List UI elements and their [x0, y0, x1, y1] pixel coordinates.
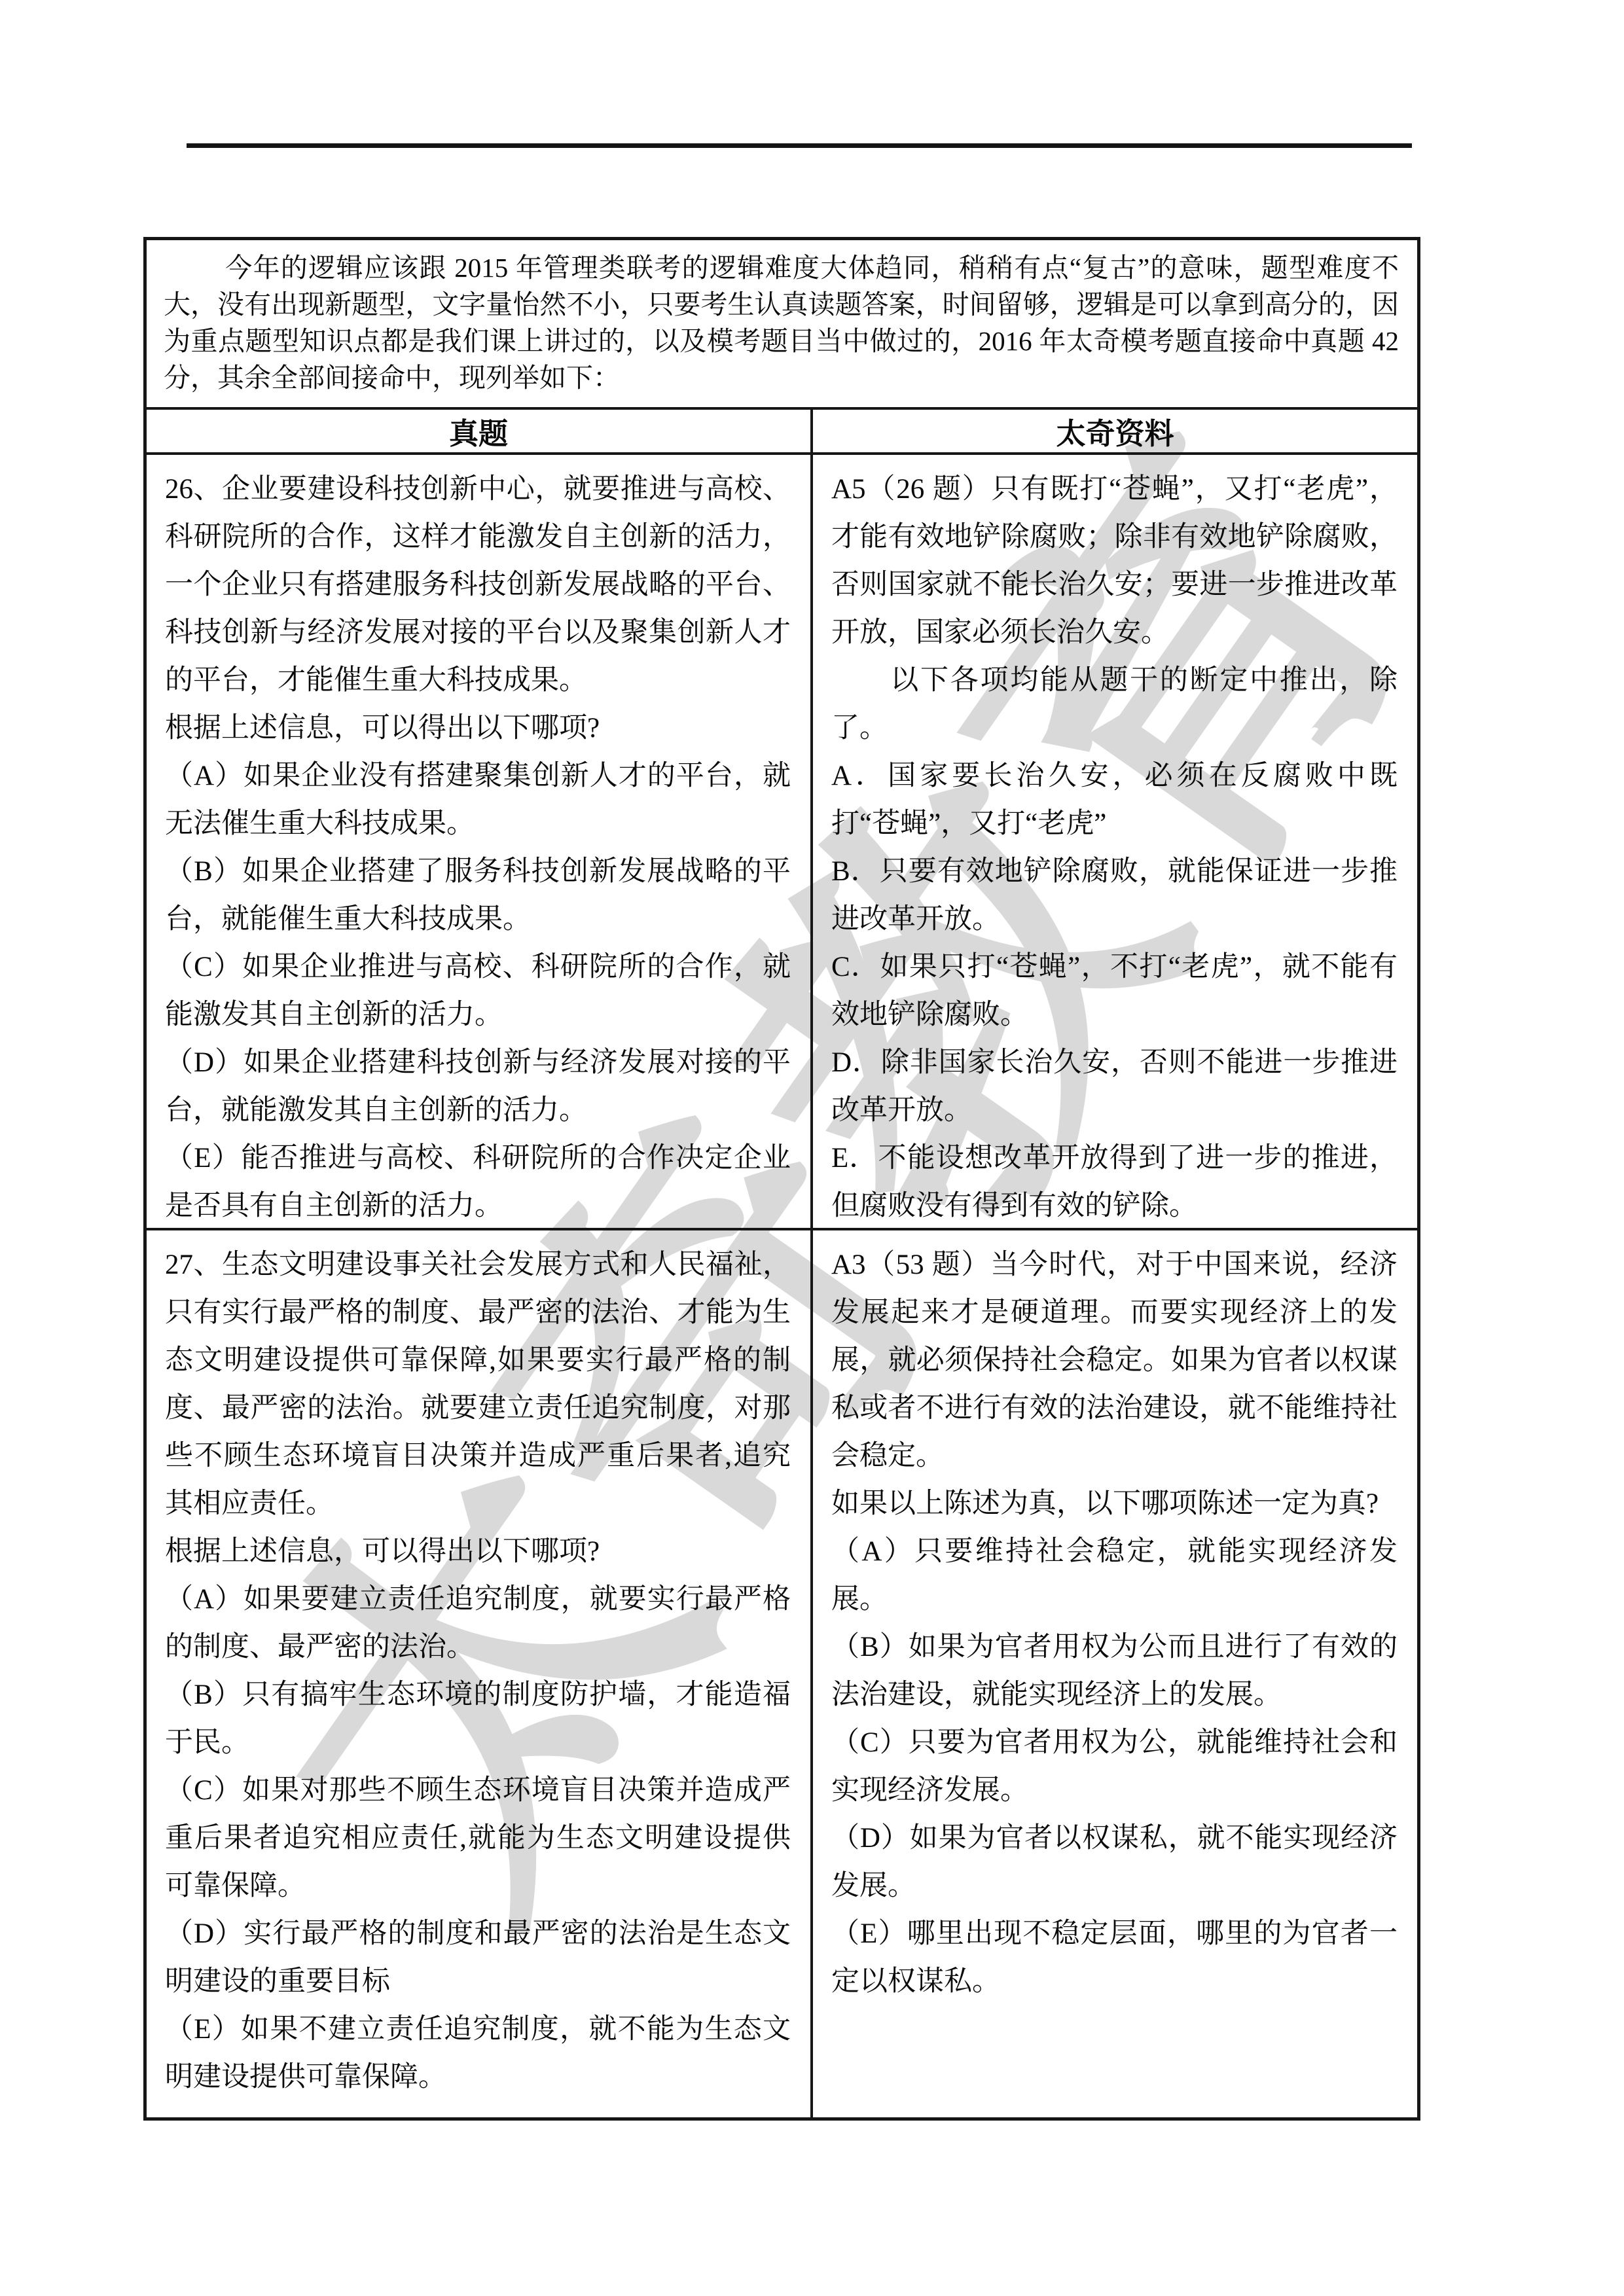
q27-option-a: （A）如果要建立责任追究制度，就要实行最严格的制度、最严密的法治。 — [165, 1575, 791, 1671]
q27-option-c: （C）如果对那些不顾生态环境盲目决策并造成严重后果者追究相应责任,就能为生态文明… — [165, 1767, 791, 1910]
q26-option-e: （E）能否推进与高校、科研院所的合作决定企业是否具有自主创新的活力。 — [165, 1134, 791, 1228]
document-page: 太奇教育 今年的逻辑应该跟 2015 年管理类联考的逻辑难度大体趋同，稍稍有点“… — [0, 0, 1624, 2296]
table-row-question-27: 27、生态文明建设事关社会发展方式和人民福祉，只有实行最严格的制度、最严密的法治… — [147, 1230, 1417, 2117]
q26-question-line: 根据上述信息，可以得出以下哪项? — [165, 704, 791, 752]
column-header-taiqi-material: 太奇资料 — [813, 410, 1417, 452]
a3-option-c: （C）只要为官者用权为公，就能维持社会和实现经济发展。 — [831, 1719, 1398, 1814]
a5-option-e: E．不能设想改革开放得到了进一步的推进，但腐败没有得到有效的铲除。 — [831, 1134, 1398, 1228]
a5-question-line: 以下各项均能从题干的断定中推出，除了。 — [831, 656, 1398, 752]
q26-option-c: （C）如果企业推进与高校、科研院所的合作，就能激发其自主创新的活力。 — [165, 943, 791, 1039]
a3-option-a: （A）只要维持社会稳定，就能实现经济发展。 — [831, 1528, 1398, 1623]
column-header-real-exam: 真题 — [147, 410, 813, 452]
q27-stem: 27、生态文明建设事关社会发展方式和人民福祉，只有实行最严格的制度、最严密的法治… — [165, 1241, 791, 1528]
intro-row: 今年的逻辑应该跟 2015 年管理类联考的逻辑难度大体趋同，稍稍有点“复古”的意… — [147, 240, 1417, 410]
a5-stem: A5（26 题）只有既打“苍蝇”，又打“老虎”，才能有效地铲除腐败；除非有效地铲… — [831, 465, 1398, 656]
a3-option-b: （B）如果为官者用权为公而且进行了有效的法治建设，就能实现经济上的发展。 — [831, 1623, 1398, 1719]
q27-option-d: （D）实行最严格的制度和最严密的法治是生态文明建设的重要目标 — [165, 1910, 791, 2005]
a3-stem: A3（53 题）当今时代，对于中国来说，经济发展起来才是硬道理。而要实现经济上的… — [831, 1241, 1398, 1480]
q26-option-a: （A）如果企业没有搭建聚集创新人才的平台，就无法催生重大科技成果。 — [165, 752, 791, 848]
a5-option-d: D．除非国家长治久安，否则不能进一步推进改革开放。 — [831, 1039, 1398, 1134]
q26-stem: 26、企业要建设科技创新中心，就要推进与高校、科研院所的合作，这样才能激发自主创… — [165, 465, 791, 704]
a5-option-a: A．国家要长治久安，必须在反腐败中既打“苍蝇”，又打“老虎” — [831, 752, 1398, 848]
cell-a3-taiqi-material: A3（53 题）当今时代，对于中国来说，经济发展起来才是硬道理。而要实现经济上的… — [813, 1230, 1417, 2117]
table-row-question-26: 26、企业要建设科技创新中心，就要推进与高校、科研院所的合作，这样才能激发自主创… — [147, 455, 1417, 1230]
cell-a5-taiqi-material: A5（26 题）只有既打“苍蝇”，又打“老虎”，才能有效地铲除腐败；除非有效地铲… — [813, 455, 1417, 1228]
cell-q27-real-exam: 27、生态文明建设事关社会发展方式和人民福祉，只有实行最严格的制度、最严密的法治… — [147, 1230, 813, 2117]
a3-question-line: 如果以上陈述为真，以下哪项陈述一定为真? — [831, 1480, 1398, 1528]
table-header-row: 真题 太奇资料 — [147, 410, 1417, 455]
comparison-table: 今年的逻辑应该跟 2015 年管理类联考的逻辑难度大体趋同，稍稍有点“复古”的意… — [143, 237, 1420, 2121]
header-rule — [187, 143, 1412, 148]
a3-option-e: （E）哪里出现不稳定层面，哪里的为官者一定以权谋私。 — [831, 1910, 1398, 2005]
q27-option-b: （B）只有搞牢生态环境的制度防护墙，才能造福于民。 — [165, 1671, 791, 1767]
q27-option-e: （E）如果不建立责任追究制度，就不能为生态文明建设提供可靠保障。 — [165, 2005, 791, 2101]
a5-option-c: C．如果只打“苍蝇”，不打“老虎”，就不能有效地铲除腐败。 — [831, 943, 1398, 1039]
cell-q26-real-exam: 26、企业要建设科技创新中心，就要推进与高校、科研院所的合作，这样才能激发自主创… — [147, 455, 813, 1228]
q26-option-d: （D）如果企业搭建科技创新与经济发展对接的平台，就能激发其自主创新的活力。 — [165, 1039, 791, 1134]
q26-option-b: （B）如果企业搭建了服务科技创新发展战略的平台，就能催生重大科技成果。 — [165, 848, 791, 943]
a5-option-b: B．只要有效地铲除腐败，就能保证进一步推进改革开放。 — [831, 848, 1398, 943]
q27-question-line: 根据上述信息，可以得出以下哪项? — [165, 1528, 791, 1575]
intro-paragraph: 今年的逻辑应该跟 2015 年管理类联考的逻辑难度大体趋同，稍稍有点“复古”的意… — [164, 249, 1399, 396]
a3-option-d: （D）如果为官者以权谋私，就不能实现经济发展。 — [831, 1814, 1398, 1910]
